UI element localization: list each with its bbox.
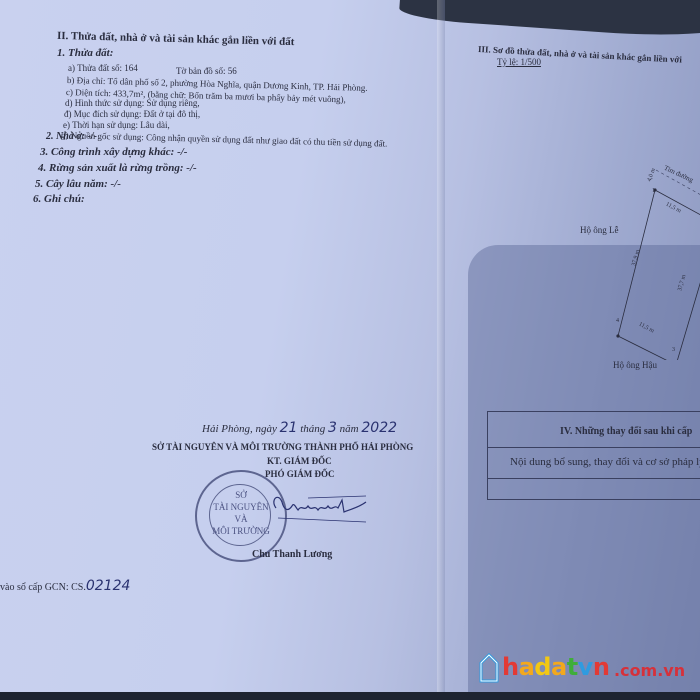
- signer-name: Chu Thanh Lương: [252, 549, 332, 560]
- parcel-number: a) Thửa đất số: 164: [68, 63, 138, 73]
- background-edge: [0, 692, 700, 700]
- map-sheet-number: Tờ bản đồ số: 56: [176, 66, 237, 76]
- registry-number: 02124: [86, 578, 131, 594]
- kt-director: KT. GIÁM ĐỐC: [267, 456, 332, 466]
- page-fold: [437, 0, 445, 692]
- forest-item: 4. Rừng sản xuất là rừng trồng: -/-: [38, 162, 197, 174]
- neighbor-south: Hộ ông Hậu: [613, 360, 657, 370]
- land-heading: 1. Thửa đất:: [57, 47, 113, 59]
- registry-line: vào sổ cấp GCN: CS.02124: [0, 578, 130, 594]
- usage-form: d) Hình thức sử dụng: Sử dụng riêng,: [65, 98, 200, 108]
- signature: [268, 486, 368, 526]
- date-line: Hải Phòng, ngày 21 tháng 3 năm 2022: [202, 420, 397, 436]
- section-4-title: IV. Những thay đổi sau khi cấp: [560, 426, 692, 437]
- vertex-1: 1: [652, 188, 655, 194]
- notes-item: 6. Ghi chú:: [33, 193, 85, 205]
- changes-table: IV. Những thay đổi sau khi cấp Nội dung …: [487, 411, 700, 500]
- scale-label: Tỷ lệ: 1/500: [497, 57, 541, 67]
- perennial-item: 5. Cây lâu năm: -/-: [35, 178, 121, 190]
- usage-term: e) Thời hạn sử dụng: Lâu dài,: [63, 120, 170, 130]
- deputy-director-title: PHÓ GIÁM ĐỐC: [265, 469, 335, 479]
- date-year: 2022: [361, 420, 397, 436]
- vertex-4: 4: [616, 318, 619, 324]
- date-day: 21: [280, 420, 298, 436]
- usage-purpose: đ) Mục đích sử dụng: Đất ở tại đô thị,: [64, 109, 200, 119]
- house-item: 2. Nhà ở: -/-: [46, 131, 97, 142]
- certificate-page: II. Thửa đất, nhà ở và tài sản khác gắn …: [0, 0, 700, 692]
- neighbor-north: Hộ ông Lễ: [580, 225, 619, 235]
- house-logo-icon: [478, 653, 500, 683]
- authority-name: SỞ TÀI NGUYÊN VÀ MÔI TRƯỜNG THÀNH PHỐ HẢ…: [152, 442, 413, 452]
- date-month: 3: [328, 420, 337, 436]
- other-construction-item: 3. Công trình xây dựng khác: -/-: [40, 146, 187, 158]
- vertex-3: 3: [672, 347, 675, 353]
- section-2-title: II. Thửa đất, nhà ở và tài sản khác gắn …: [57, 30, 295, 48]
- changes-column-header: Nội dung bổ sung, thay đổi và cơ sở pháp…: [510, 456, 700, 468]
